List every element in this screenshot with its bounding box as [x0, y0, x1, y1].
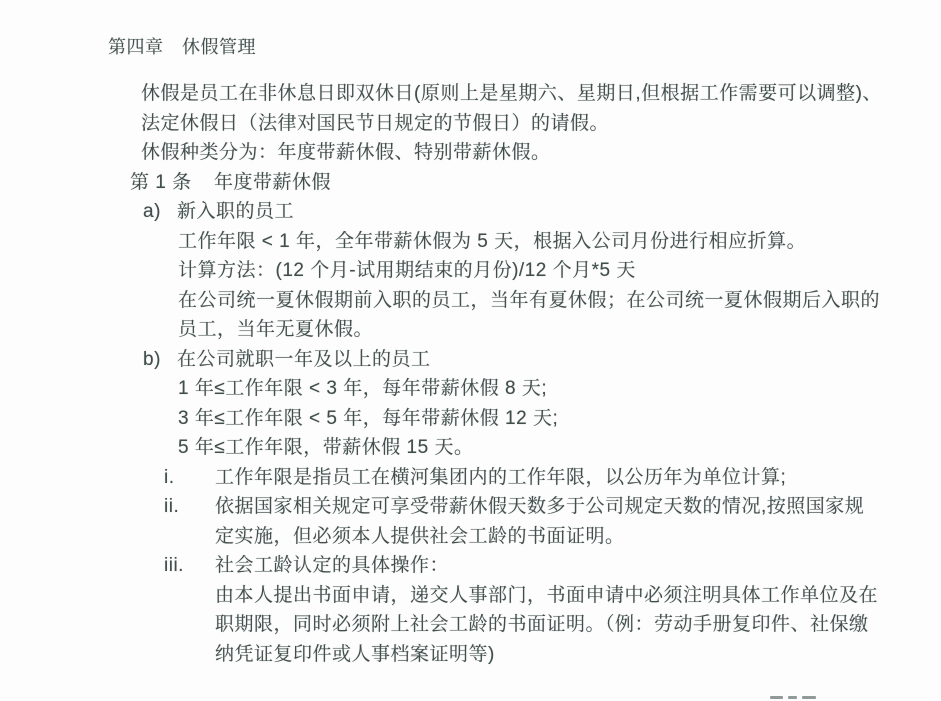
list-item-b-heading: b)在公司就职一年及以上的员工	[143, 345, 911, 375]
roman-marker-iii: iii.	[164, 551, 215, 581]
roman-item-ii: ii.依据国家相关规定可享受带薪休假天数多于公司规定天数的情况,按照国家规	[164, 492, 911, 522]
roman-item-continuation: 定实施，但必须本人提供社会工龄的书面证明。	[215, 522, 911, 552]
intro-line: 法定休假日（法律对国民节日规定的节假日）的请假。	[141, 109, 911, 139]
page-number-fragment-cutoff	[770, 696, 816, 701]
page-number-mark	[788, 696, 797, 699]
list-marker-b: b)	[143, 345, 177, 375]
document-page: 第四章 休假管理 休假是员工在非休息日即双休日(原则上是星期六、星期日,但根据工…	[0, 0, 941, 701]
roman-item-text: 社会工龄认定的具体操作：	[215, 555, 449, 576]
article-heading: 第 1 条年度带薪休假	[130, 168, 911, 198]
page-number-mark	[802, 696, 816, 699]
paragraph-line: 5 年≤工作年限，带薪休假 15 天。	[178, 433, 911, 463]
roman-item-text: 依据国家相关规定可享受带薪休假天数多于公司规定天数的情况,按照国家规	[215, 496, 864, 517]
article-number: 第 1 条	[130, 168, 214, 198]
paragraph-line: 3 年≤工作年限 < 5 年，每年带薪休假 12 天;	[178, 404, 911, 434]
roman-item-i: i.工作年限是指员工在横河集团内的工作年限，以公历年为单位计算;	[164, 463, 911, 493]
roman-item-continuation: 职期限，同时必须附上社会工龄的书面证明。（例：劳动手册复印件、社保缴	[215, 610, 911, 640]
page-number-mark	[770, 696, 783, 699]
roman-marker-i: i.	[164, 463, 215, 493]
paragraph-line: 员工，当年无夏休假。	[178, 315, 911, 345]
roman-item-continuation: 纳凭证复印件或人事档案证明等)	[215, 640, 911, 670]
chapter-title: 第四章 休假管理	[108, 36, 911, 58]
roman-item-continuation: 由本人提出书面申请，递交人事部门，书面申请中必须注明具体工作单位及在	[215, 581, 911, 611]
paragraph-line: 在公司统一夏休假期前入职的员工，当年有夏休假；在公司统一夏休假期后入职的	[178, 286, 911, 316]
roman-item-text: 工作年限是指员工在横河集团内的工作年限，以公历年为单位计算;	[215, 467, 786, 488]
list-item-b-title: 在公司就职一年及以上的员工	[177, 349, 431, 370]
list-marker-a: a)	[143, 197, 177, 227]
roman-item-iii: iii.社会工龄认定的具体操作：	[164, 551, 911, 581]
intro-line: 休假是员工在非休息日即双休日(原则上是星期六、星期日,但根据工作需要可以调整)、	[141, 79, 911, 109]
roman-marker-ii: ii.	[164, 492, 215, 522]
article-title: 年度带薪休假	[214, 172, 331, 193]
paragraph-line: 计算方法：(12 个月-试用期结束的月份)/12 个月*5 天	[178, 256, 911, 286]
paragraph-line: 1 年≤工作年限 < 3 年，每年带薪休假 8 天;	[178, 374, 911, 404]
intro-line: 休假种类分为：年度带薪休假、特别带薪休假。	[141, 138, 911, 168]
list-item-a-heading: a)新入职的员工	[143, 197, 911, 227]
list-item-a-title: 新入职的员工	[177, 201, 294, 222]
paragraph-line: 工作年限 < 1 年，全年带薪休假为 5 天，根据入公司月份进行相应折算。	[178, 227, 911, 257]
